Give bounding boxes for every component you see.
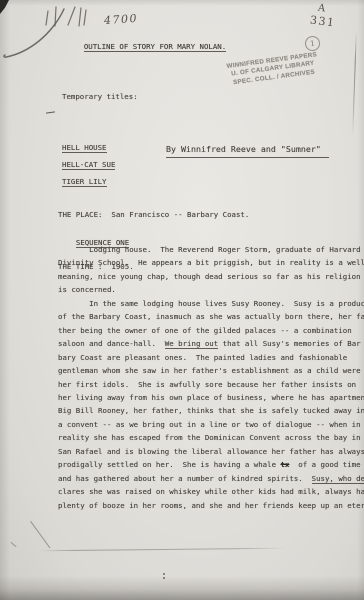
typed-text: In the same lodging house lives Susy Roo… [58,299,364,308]
circled-page-number: 1 [304,35,321,52]
typed-text: reality she has escaped from the Dominic… [58,433,361,442]
typed-line: bary Coast are pleasant ones. The painte… [58,351,364,364]
typed-line: clares she was raised on whiskey while o… [58,485,364,498]
typed-text: San Rafael and is blowing the liberal al… [58,447,364,456]
typed-line: In the same lodging house lives Susy Roo… [58,297,364,310]
file-code-letter: A [317,3,326,15]
typed-text: prodigally settled on her. She is having… [58,460,280,469]
typed-text: is concerned. [58,285,116,294]
typed-line: is concerned. [58,283,364,296]
bottom-smudge-mark [163,573,165,575]
page-title-text: OUTLINE OF STORY FOR MARY NOLAN. [84,42,226,51]
crease-line-diagonal [30,521,50,548]
typed-text: Divinity School. He appears a bit priggi… [58,258,364,267]
typed-line: Big Bill Rooney, her father, thinks that… [58,404,364,417]
typed-line: a convent -- as we bring out in a line o… [58,418,364,431]
typed-line: plenty of booze in her rooms, and she an… [58,499,364,512]
typed-line: her living away from his own place of bu… [58,391,364,404]
typed-line: gentleman whom she saw in her father's e… [58,364,364,377]
typed-line: Divinity School. He appears a bit priggi… [58,256,364,269]
typed-text: Big Bill Rooney, her father, thinks that… [58,406,364,415]
typed-text: clares she was raised on whiskey while o… [58,487,364,496]
underlined-text: Susy, who de [312,474,364,483]
scan-edge-left [0,0,10,600]
typed-text: gentleman whom she saw in her father's e… [58,366,361,375]
typed-text: bary Coast are pleasant ones. The painte… [58,353,347,362]
typed-text: and has gathered about her a number of k… [58,474,312,483]
typed-line: prodigally settled on her. She is having… [58,458,364,471]
typed-text: of a good time [289,460,360,469]
file-code-number: 331 [309,13,336,29]
byline: By Winnifred Reeve and "Sumner" [146,130,329,170]
scanned-document-page: 4700 A 331 1 OUTLINE OF STORY FOR MARY N… [0,0,364,600]
typed-text: her first idols. She is awfully sore bec… [58,380,356,389]
temporary-titles-label: Temporary titles: [62,88,138,105]
page-number: 1 [310,39,316,49]
typed-line: and has gathered about her a number of k… [58,472,364,485]
typed-text: plenty of booze in her rooms, and she an… [58,501,364,510]
handwritten-number: 4700 [104,12,139,27]
typed-body: Lodging house. The Reverend Roger Storm,… [58,243,364,512]
scan-edge-bottom [0,576,364,600]
typed-line: meaning, nice young chap, though dead se… [58,270,364,283]
typed-line: Lodging house. The Reverend Roger Storm,… [58,243,364,256]
typed-line: of the Barbary Coast, inasmuch as she wa… [58,310,364,323]
typed-line: San Rafael and is blowing the liberal al… [58,445,364,458]
temporary-title-text: HELL-CAT SUE [62,160,115,169]
underlined-text: We bring out [165,339,218,348]
typed-text: a convent -- as we bring out in a line o… [58,420,361,429]
typed-line: her first idols. She is awfully sore bec… [58,378,364,391]
typed-text: saloon and dance-hall. [58,339,165,348]
crease-line-small [10,542,16,547]
typed-text: meaning, nice young chap, though dead se… [58,272,361,281]
archive-stamp: WINNIFRED REEVE PAPERS U. OF CALGARY LIB… [211,49,335,90]
typed-text: ther being the owner of one of the gilde… [58,326,352,335]
typed-line: reality she has escaped from the Dominic… [58,431,364,444]
typed-line: ther being the owner of one of the gilde… [58,324,364,337]
typed-text: that all Susy's memories of Bar [218,339,360,348]
temporary-title: HELL HOUSE [62,139,138,156]
byline-text: By Winnifred Reeve and "Sumner" [166,143,329,156]
handwritten-dash-mark [46,111,55,114]
typed-text: her living away from his own place of bu… [58,393,364,402]
pencil-crease-line [38,548,286,552]
typed-text: Lodging house. The Reverend Roger Storm,… [58,245,361,254]
typed-line: saloon and dance-hall. We bring out that… [58,337,364,350]
temporary-title-text: HELL HOUSE [62,143,107,152]
place-line: THE PLACE: San Francisco -- Barbary Coas… [58,206,249,223]
typed-text: of the Barbary Coast, inasmuch as she wa… [58,312,364,321]
